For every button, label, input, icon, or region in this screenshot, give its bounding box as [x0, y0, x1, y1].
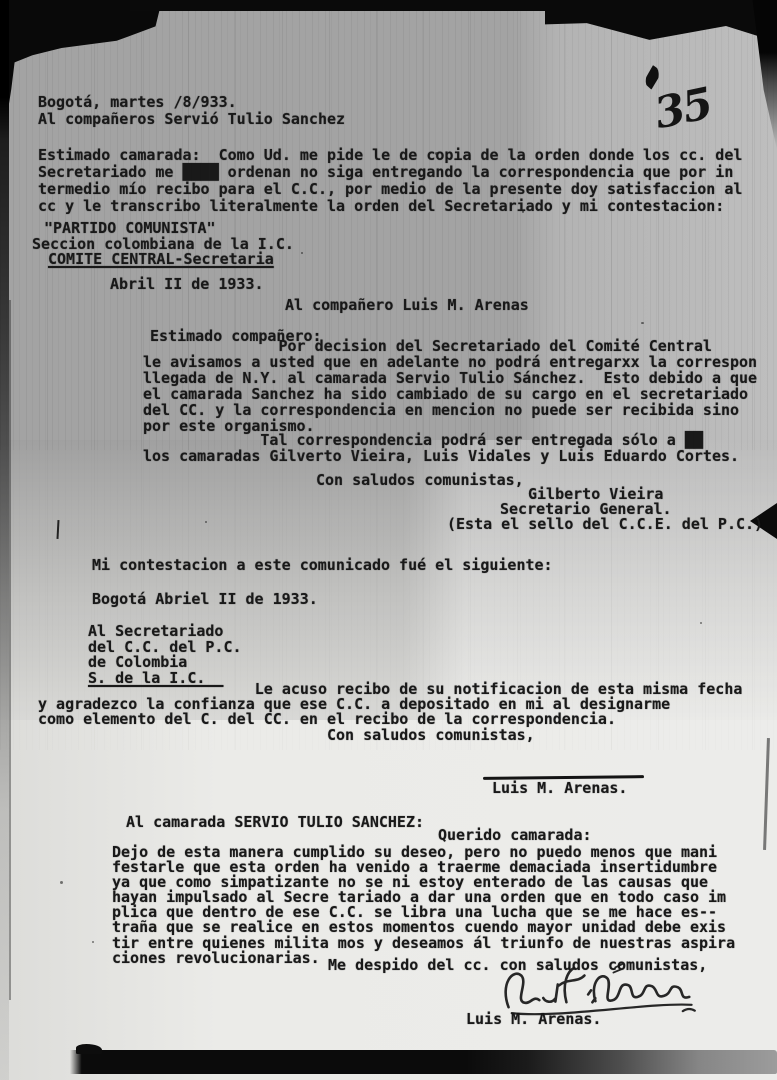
- b-despedida1: Con saludos comunistas,: [316, 473, 524, 489]
- text-layer: Bogotá, martes /8/933. Al compañeros Ser…: [0, 0, 777, 1080]
- handwritten-signature: [497, 956, 704, 1023]
- b-cuerpo1: Por decision del Secretariado del Comité…: [143, 338, 757, 434]
- b-cuerpo2: Le acuso recibo de su notificacion de es…: [38, 682, 742, 743]
- b-nombre1: Luis M. Arenas.: [492, 781, 627, 797]
- b-intro: Estimado camarada: Como Ud. me pide le d…: [38, 147, 742, 215]
- b-fecha2: Bogotá Abriel II de 1933.: [92, 592, 318, 608]
- b-sello: (Esta el sello del C.C.E. del P.C.): [447, 517, 763, 533]
- b-camarada2: Al camarada SERVIO TULIO SANCHEZ:: [126, 815, 424, 831]
- b-entrega: Tal correspondencia podrá ser entregada …: [143, 432, 739, 464]
- b-dateline: Bogotá, martes /8/933. Al compañeros Ser…: [38, 94, 345, 128]
- b-cuerpo3: Dejo de esta manera cumplido su deseo, p…: [112, 845, 735, 966]
- b-querido: Querido camarada:: [438, 828, 592, 844]
- scanned-letter-page: 35 Bogotá, martes /8/933. Al compañeros …: [0, 0, 777, 1080]
- b-destinatario1: Al compañero Luis M. Arenas: [285, 298, 529, 314]
- b-fecha1: Abril II de 1933.: [110, 277, 264, 293]
- b-destinatario2: Al Secretariado del C.C. del P.C. de Col…: [88, 624, 242, 671]
- b-comite: COMITE CENTRAL-Secretaria: [48, 252, 274, 268]
- b-transicion: Mi contestacion a este comunicado fué el…: [92, 558, 553, 574]
